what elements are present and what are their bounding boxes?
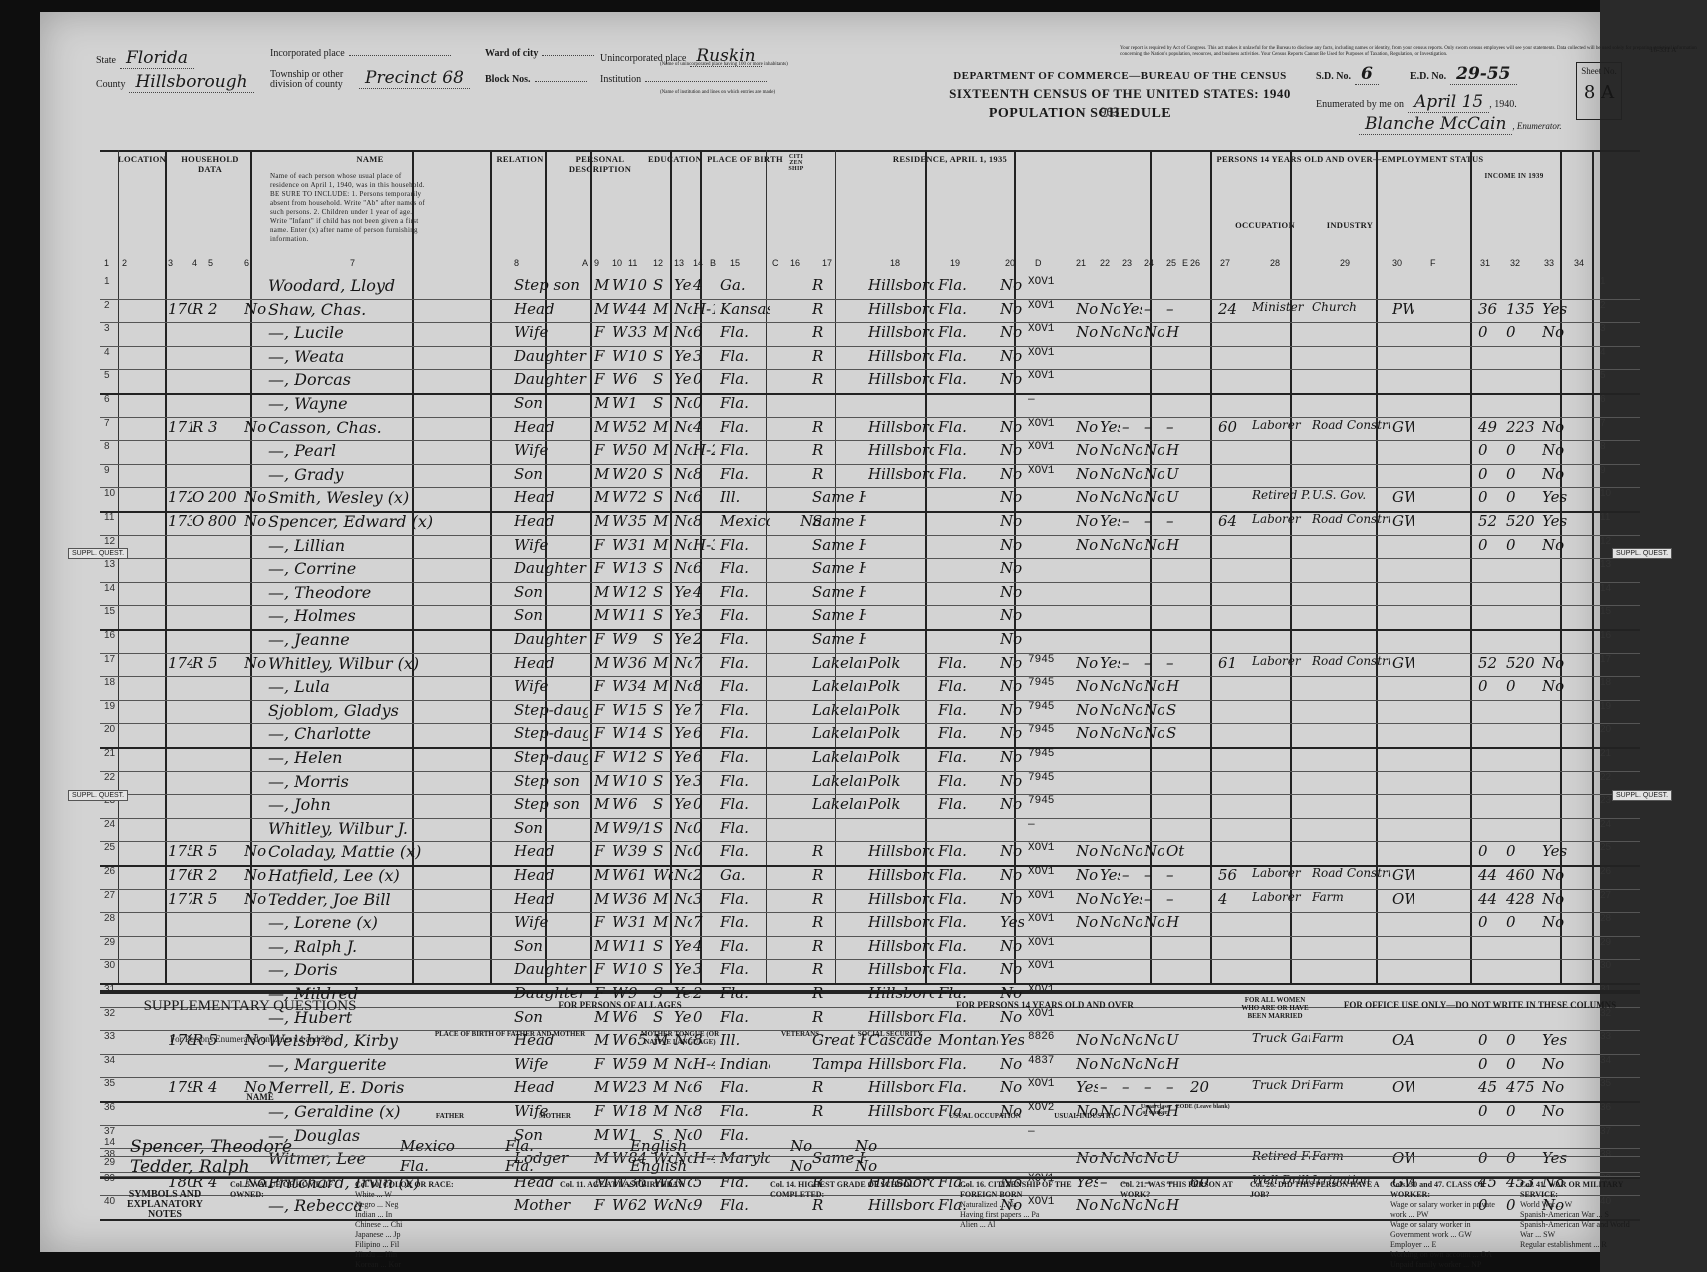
cell-relation: Step son <box>514 772 588 790</box>
cell-marital-status: S <box>653 724 673 742</box>
cell-activity-code: U <box>1166 465 1186 483</box>
cell-residence-farm: No <box>1000 559 1024 577</box>
cell-activity-code: – <box>1166 300 1186 318</box>
cell-line-number: 5 <box>104 370 118 381</box>
cell-residence-city: R <box>812 276 866 294</box>
cell-person-name: Whitley, Wilbur (x) <box>268 654 508 673</box>
cell-marital-status: S <box>653 960 673 978</box>
ed-label: E.D. No. <box>1410 71 1446 82</box>
table-row: 2170R2NoShaw, Chas.HeadMW44MNoH-1KansasR… <box>100 299 1640 324</box>
column-number: 16 <box>790 258 800 268</box>
cell-seeking-work: Yes <box>1122 890 1142 908</box>
table-row: 18—, LulaWifeFW34MNo8Fla.LakelandPolkFla… <box>100 676 1640 701</box>
cell-class-of-worker: GW <box>1392 654 1414 672</box>
line-number-right: 14 <box>1600 583 1611 594</box>
sd-value: 6 <box>1355 64 1379 85</box>
cell-residence-county: Polk <box>868 677 934 695</box>
cell-weeks-worked-1939: 44 <box>1478 866 1504 884</box>
cell-line-number: 1 <box>104 276 118 287</box>
cell-birthplace: Fla. <box>720 559 770 577</box>
cell-line-number: 11 <box>104 512 118 523</box>
notes-col11: Col. 11. AGE AT LAST BIRTHDAY: <box>560 1180 760 1190</box>
cell-at-work: No <box>1076 724 1098 742</box>
cell-race: W <box>612 465 628 483</box>
cell-person-name: —, Morris <box>268 772 508 791</box>
cell-residence-city: R <box>812 937 866 955</box>
cell-race: W <box>612 748 628 766</box>
cell-weeks-worked-1939: 0 <box>1478 465 1504 483</box>
cell-birthplace: Fla. <box>720 960 770 978</box>
line-number-right: 16 <box>1600 630 1611 641</box>
cell-sex: M <box>594 937 610 955</box>
cell-class-of-worker: GW <box>1392 488 1414 506</box>
note-item: Chinese ... Chi <box>355 1220 525 1230</box>
cell-activity-code: – <box>1166 512 1186 530</box>
cell-birthplace: Fla. <box>720 418 770 436</box>
cell-wages-1939: 0 <box>1506 677 1540 695</box>
cell-marital-status: S <box>653 606 673 624</box>
cell-marital-status: S <box>653 748 673 766</box>
column-number: 7 <box>350 258 355 268</box>
cell-activity-code: H <box>1166 323 1186 341</box>
cell-sex: F <box>594 1196 610 1214</box>
cell-weeks-unemployed: 24 <box>1218 300 1248 318</box>
cell-public-emergency-work: No <box>1100 441 1120 459</box>
cell-grade-completed: 0 <box>693 370 715 388</box>
cell-relation: Head <box>514 512 588 530</box>
cell-relation: Head <box>514 654 588 672</box>
incorporated-place-value <box>349 55 451 56</box>
notes-col41-items: World War ... WSpanish-American War ... … <box>1520 1200 1630 1250</box>
state-label: State <box>96 55 116 66</box>
line-number-right: 30 <box>1600 960 1611 971</box>
ward-field: Ward of city <box>485 48 594 59</box>
cell-race: W <box>612 276 628 294</box>
cell-residence-county: Hillsboro <box>868 465 934 483</box>
cell-grade-completed: 3 <box>693 347 715 365</box>
cell-marital-status: M <box>653 300 673 318</box>
column-number: 32 <box>1510 258 1520 268</box>
notes-col16-title: Col. 16. CITIZENSHIP OF THE FOREIGN BORN <box>960 1180 1110 1200</box>
header-personal: PERSONAL DESCRIPTION <box>560 154 640 174</box>
cell-residence-farm: No <box>1000 890 1024 908</box>
cell-wages-1939: 520 <box>1506 654 1540 672</box>
cell-residence-code: XOV1 <box>1028 276 1070 288</box>
institution-label: Institution <box>600 74 641 85</box>
cell-birthplace: Fla. <box>720 441 770 459</box>
table-row: 27177R5NoTedder, Joe BillHeadMW36MNo3Fla… <box>100 889 1640 914</box>
note-item: Working on own account ... OA <box>1390 1250 1510 1260</box>
supp-veterans-header: VETERANS <box>755 1030 845 1038</box>
cell-birthplace: Fla. <box>720 536 770 554</box>
cell-at-work: No <box>1076 913 1098 931</box>
cell-residence-code: 7945 <box>1028 677 1070 689</box>
cell-grade-completed: 6 <box>693 559 715 577</box>
cell-school-attendance: No <box>674 1196 692 1214</box>
cell-marital-status: M <box>653 654 673 672</box>
cell-line-number: 20 <box>104 724 118 735</box>
cell-marital-status: M <box>653 536 673 554</box>
cell-age: 11 <box>628 606 652 624</box>
suppl-quest-tab-left-29: SUPPL. QUEST. <box>68 790 128 801</box>
cell-weeks-worked-1939: 44 <box>1478 890 1504 908</box>
cell-occupation: Laborer <box>1252 890 1310 904</box>
cell-home-value: 2 <box>208 300 240 318</box>
cell-residence-code: 7945 <box>1028 795 1070 807</box>
column-number: 6 <box>244 258 249 268</box>
cell-residence-code: 7945 <box>1028 724 1070 736</box>
cell-residence-farm: Yes <box>1000 913 1024 931</box>
county-label: County <box>96 79 125 90</box>
cell-residence-city: Same House <box>812 606 866 624</box>
cell-race: W <box>612 795 628 813</box>
cell-public-emergency-work: Yes <box>1100 512 1120 530</box>
cell-grade-completed: H-3 <box>693 536 715 554</box>
cell-residence-city: Same House <box>812 630 866 648</box>
cell-grade-completed: 3 <box>693 606 715 624</box>
cell-weeks-worked-1939: 0 <box>1478 677 1504 695</box>
cell-residence-city: R <box>812 300 866 318</box>
table-row: 8—, PearlWifeFW50MNoH-2Fla.RHillsboroFla… <box>100 440 1640 465</box>
column-number: 31 <box>1480 258 1490 268</box>
cell-grade-completed: 6 <box>693 323 715 341</box>
cell-residence-code: XOV1 <box>1028 370 1070 382</box>
cell-residence-state: Fla. <box>938 465 998 483</box>
line-number-right: 27 <box>1600 890 1611 901</box>
cell-line-number: 14 <box>104 583 118 594</box>
cell-residence-code: XOV1 <box>1028 300 1070 312</box>
cell-weeks-worked-1939: 0 <box>1478 323 1504 341</box>
county-field: CountyHillsborough <box>96 72 254 92</box>
cell-weeks-unemployed: 60 <box>1218 418 1248 436</box>
cell-residence-farm: No <box>1000 654 1024 672</box>
cell-grade-completed: 0 <box>693 842 715 860</box>
cell-grade-completed: H-2 <box>693 441 715 459</box>
cell-grade-completed: 0 <box>693 819 715 837</box>
line-number-right: 12 <box>1600 536 1611 547</box>
cell-has-job: – <box>1144 654 1164 672</box>
cell-school-attendance: Yes <box>674 701 692 719</box>
table-row: 3—, LucileWifeFW33MNo6Fla.RHillsboroFla.… <box>100 322 1640 347</box>
cell-race: W <box>612 370 628 388</box>
cell-person-name: Spencer, Edward (x) <box>268 512 508 531</box>
cell-residence-city: R <box>812 913 866 931</box>
cell-tenure: R <box>192 418 204 436</box>
cell-residence-farm: No <box>1000 512 1024 530</box>
cell-line-number: 26 <box>104 866 118 877</box>
line-number-right: 26 <box>1600 866 1611 877</box>
cell-person-name: Smith, Wesley (x) <box>268 488 508 507</box>
table-row: 17174R5NoWhitley, Wilbur (x)HeadMW36MNo7… <box>100 653 1640 678</box>
cell-sex: F <box>594 630 610 648</box>
ward-label: Ward of city <box>485 48 538 59</box>
cell-class-of-worker: GW <box>1392 512 1414 530</box>
cell-race: W <box>612 418 628 436</box>
note-item: World War ... W <box>1520 1200 1630 1210</box>
cell-marital-status: M <box>653 512 673 530</box>
cell-age: 34 <box>628 677 652 695</box>
cell-age: 15 <box>628 701 652 719</box>
cell-school-attendance: No <box>674 465 692 483</box>
cell-race: W <box>612 559 628 577</box>
supp-all-ages: FOR PERSONS OF ALL AGES <box>390 1000 850 1010</box>
cell-school-attendance: Yes <box>674 583 692 601</box>
cell-birthplace: Fla. <box>720 370 770 388</box>
line-number-right: 3 <box>1600 323 1606 334</box>
form-number: 16-331 A <box>1650 46 1676 54</box>
line-number-right: 10 <box>1600 488 1611 499</box>
cell-seeking-work: No <box>1122 724 1142 742</box>
table-row: 21—, HelenStep-daughterFW12SYes6Fla.Lake… <box>100 747 1640 772</box>
cell-marital-status: M <box>653 323 673 341</box>
cell-marital-status: S <box>653 347 673 365</box>
column-number: D <box>1035 258 1042 268</box>
cell-birthplace: Ga. <box>720 276 770 294</box>
cell-residence-county: Hillsboro <box>868 323 934 341</box>
cell-residence-farm: No <box>1000 960 1024 978</box>
cell-public-emergency-work: No <box>1100 488 1120 506</box>
stamp-number: 963 <box>1100 104 1120 120</box>
cell-dwelling-number: 174 <box>168 654 192 672</box>
supp-class-header: Usual class of worker <box>1140 1104 1170 1116</box>
cell-birthplace: Fla. <box>720 654 770 672</box>
supp-cell-person-name: Tedder, Ralph <box>130 1157 380 1177</box>
line-number-right: 8 <box>1600 441 1606 452</box>
cell-school-attendance: No <box>674 512 692 530</box>
cell-age: 39 <box>628 842 652 860</box>
cell-person-name: Shaw, Chas. <box>268 300 508 319</box>
table-row: 14—, TheodoreSonMW12SYes4Fla.Same HouseN… <box>100 582 1640 607</box>
cell-residence-county: Hillsboro <box>868 441 934 459</box>
cell-marital-status: S <box>653 701 673 719</box>
cell-age: 44 <box>628 300 652 318</box>
cell-occupation: Retired P.O. Clerk <box>1252 488 1310 502</box>
supplementary-row: 29Tedder, RalphFla.Fla.EnglishNoNo <box>100 1156 1640 1177</box>
cell-school-attendance: No <box>674 559 692 577</box>
cell-grade-completed: 3 <box>693 772 715 790</box>
cell-line-number: 18 <box>104 677 118 688</box>
cell-grade-completed: 4 <box>693 937 715 955</box>
note-item: Hindu ... Hin <box>355 1250 525 1260</box>
cell-grade-completed: 0 <box>693 394 715 412</box>
cell-residence-code: 7945 <box>1028 654 1070 666</box>
cell-activity-code: H <box>1166 536 1186 554</box>
cell-residence-code: XOV1 <box>1028 890 1070 902</box>
cell-school-attendance: Yes <box>674 724 692 742</box>
notes-col5: Col. 5. VALUE OF HOME, IF OWNED: <box>230 1180 340 1200</box>
cell-dwelling-number: 173 <box>168 512 192 530</box>
cell-wages-1939: 0 <box>1506 842 1540 860</box>
cell-relation: Mother <box>514 1196 588 1214</box>
column-number: 4 <box>192 258 197 268</box>
cell-relation: Daughter <box>514 370 588 388</box>
table-row: 12—, LillianWifeFW31MNoH-3Fla.Same House… <box>100 535 1640 560</box>
cell-marital-status: S <box>653 842 673 860</box>
cell-wages-1939: 460 <box>1506 866 1540 884</box>
cell-home-value: 3 <box>208 418 240 436</box>
cell-residence-state: Fla. <box>938 913 998 931</box>
supp-cell-mother-birthplace: Fla. <box>505 1137 605 1155</box>
cell-at-work: No <box>1076 701 1098 719</box>
header-employment: PERSONS 14 YEARS OLD AND OVER—EMPLOYMENT… <box>1140 154 1560 164</box>
cell-sex: F <box>594 913 610 931</box>
column-number: 1 <box>104 258 109 268</box>
block-value <box>535 81 587 82</box>
table-row: 10172O200NoSmith, Wesley (x)HeadMW72SNo6… <box>100 487 1640 513</box>
cell-at-work: No <box>1076 890 1098 908</box>
cell-residence-state: Fla. <box>938 347 998 365</box>
cell-residence-state: Fla. <box>938 701 998 719</box>
column-number: 29 <box>1340 258 1350 268</box>
cell-relation: Daughter <box>514 347 588 365</box>
cell-farm-residence: No <box>244 654 266 672</box>
cell-grade-completed: 6 <box>693 488 715 506</box>
cell-sex: M <box>594 890 610 908</box>
cell-school-attendance: Yes <box>674 370 692 388</box>
column-number: 27 <box>1220 258 1230 268</box>
column-number: A <box>582 258 588 268</box>
cell-residence-farm: No <box>1000 606 1024 624</box>
cell-sex: M <box>594 583 610 601</box>
cell-residence-city: R <box>812 465 866 483</box>
cell-home-value: 800 <box>208 512 240 530</box>
cell-age: 36 <box>628 654 652 672</box>
cell-at-work: No <box>1076 465 1098 483</box>
cell-school-attendance: No <box>674 300 692 318</box>
suppl-quest-tab-left-14: SUPPL. QUEST. <box>68 548 128 559</box>
note-item: Alien ... Al <box>960 1220 1110 1230</box>
cell-weeks-worked-1939: 52 <box>1478 512 1504 530</box>
cell-residence-farm: No <box>1000 488 1024 506</box>
cell-marital-status: S <box>653 465 673 483</box>
table-row: 26176R2NoHatfield, Lee (x)HeadMW61WdNo2G… <box>100 865 1640 890</box>
cell-race: W <box>612 772 628 790</box>
cell-residence-county: Hillsboro <box>868 937 934 955</box>
notes-col26: Col. 26. DID THIS PERSON HAVE A JOB? <box>1250 1180 1380 1200</box>
cell-other-income: No <box>1542 913 1570 931</box>
cell-residence-city: Lakeland <box>812 654 866 672</box>
cell-industry: Church <box>1312 300 1390 314</box>
cell-relation: Head <box>514 418 588 436</box>
cell-residence-state: Fla. <box>938 370 998 388</box>
cell-school-attendance: Yes <box>674 276 692 294</box>
cell-residence-county: Polk <box>868 724 934 742</box>
enumerated-year: , 1940. <box>1489 99 1517 110</box>
cell-race: W <box>612 937 628 955</box>
cell-farm-residence: No <box>244 512 266 530</box>
cell-residence-farm: No <box>1000 323 1024 341</box>
cell-person-name: Whitley, Wilbur J. <box>268 819 508 838</box>
cell-person-name: Hatfield, Lee (x) <box>268 866 508 885</box>
cell-residence-code: 7945 <box>1028 772 1070 784</box>
cell-activity-code: – <box>1166 866 1186 884</box>
cell-school-attendance: Yes <box>674 772 692 790</box>
schedule-title: POPULATION SCHEDULE <box>900 106 1260 122</box>
cell-residence-city: R <box>812 441 866 459</box>
cell-has-job: – <box>1144 418 1164 436</box>
cell-marital-status: S <box>653 937 673 955</box>
cell-marital-status: Wd <box>653 866 673 884</box>
cell-activity-code: S <box>1166 701 1186 719</box>
cell-line-number: 28 <box>104 913 118 924</box>
cell-line-number: 8 <box>104 441 118 452</box>
cell-age: 10 <box>628 960 652 978</box>
cell-public-emergency-work: Yes <box>1100 418 1120 436</box>
cell-school-attendance: No <box>674 323 692 341</box>
notes-col41: Col. 41. WAR OR MILITARY SERVICE: World … <box>1520 1180 1630 1250</box>
cell-residence-city: R <box>812 323 866 341</box>
table-row: 20—, CharlotteStep-daughterFW14SYes6Fla.… <box>100 723 1640 749</box>
cell-tenure: R <box>192 300 204 318</box>
cell-wages-1939: 223 <box>1506 418 1540 436</box>
cell-age: 36 <box>628 890 652 908</box>
header-residence: RESIDENCE, APRIL 1, 1935 <box>860 154 1040 164</box>
cell-residence-code: XOV1 <box>1028 937 1070 949</box>
cell-birthplace: Fla. <box>720 842 770 860</box>
line-number-right: 24 <box>1600 819 1611 830</box>
cell-person-name: —, Lorene (x) <box>268 913 508 932</box>
table-row: 5—, DorcasDaughterFW6SYes0Fla.RHillsboro… <box>100 369 1640 395</box>
cell-residence-code: XOV1 <box>1028 465 1070 477</box>
cell-sex: F <box>594 748 610 766</box>
cell-marital-status: M <box>653 441 673 459</box>
line-number-right: 15 <box>1600 606 1611 617</box>
cell-residence-code: XOV1 <box>1028 323 1070 335</box>
cell-residence-city: Lakeland <box>812 724 866 742</box>
cell-residence-county: Hillsboro <box>868 347 934 365</box>
cell-residence-state: Fla. <box>938 418 998 436</box>
cell-person-name: Woodard, Lloyd <box>268 276 508 295</box>
cell-residence-state: Fla. <box>938 677 998 695</box>
cell-relation: Son <box>514 394 588 412</box>
cell-relation: Step son <box>514 795 588 813</box>
cell-person-name: —, Doris <box>268 960 508 979</box>
cell-age: 31 <box>628 913 652 931</box>
cell-dwelling-number: 172 <box>168 488 192 506</box>
cell-relation: Wife <box>514 441 588 459</box>
header-citizenship: CITIZENSHIP <box>788 154 804 172</box>
cell-other-income: Yes <box>1542 512 1570 530</box>
enumerated-label: Enumerated by me on <box>1316 99 1404 110</box>
note-item: Negro ... Neg <box>355 1200 525 1210</box>
cell-has-job: No <box>1144 441 1164 459</box>
supp-birthplace-header: PLACE OF BIRTH OF FATHER AND MOTHER <box>400 1030 620 1038</box>
cell-residence-county: Hillsboro <box>868 960 934 978</box>
cell-residence-farm: No <box>1000 536 1024 554</box>
cell-line-number: 16 <box>104 630 118 641</box>
column-number: 13 <box>674 258 684 268</box>
note-item: Having first papers ... Pa <box>960 1210 1110 1220</box>
cell-sex: M <box>594 819 610 837</box>
cell-age: 6 <box>628 795 652 813</box>
confidentiality-notice: Your report is required by Act of Congre… <box>1120 46 1707 58</box>
cell-class-of-worker: GW <box>1392 418 1414 436</box>
cell-grade-completed: 4 <box>693 276 715 294</box>
institution-field: Institution <box>600 74 767 85</box>
cell-tenure: O <box>192 488 204 506</box>
enumerator-field: Blanche McCain, Enumerator. <box>1355 114 1562 134</box>
institution-value <box>645 81 767 82</box>
sheet-value: 8 A <box>1577 82 1621 103</box>
cell-weeks-worked-1939: 52 <box>1478 654 1504 672</box>
cell-relation: Wife <box>514 323 588 341</box>
column-number: 20 <box>1005 258 1015 268</box>
notes-col41-title: Col. 41. WAR OR MILITARY SERVICE: <box>1520 1180 1630 1200</box>
cell-age: 33 <box>628 323 652 341</box>
state-field: StateFlorida <box>96 48 194 68</box>
cell-other-income: No <box>1542 465 1570 483</box>
cell-residence-county: Polk <box>868 654 934 672</box>
